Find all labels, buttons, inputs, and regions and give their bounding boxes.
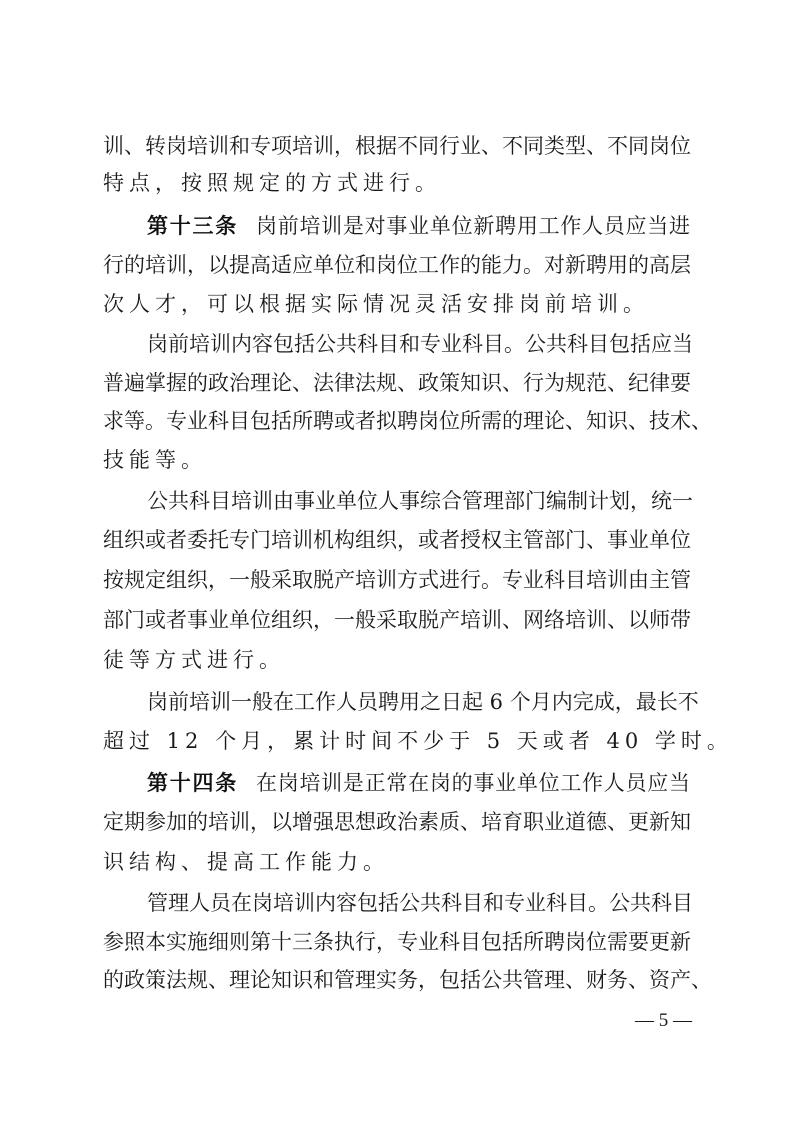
text-line: 训、转岗培训和专项培训，根据不同行业、不同类型、不同岗位 [103,131,690,161]
text-line: 部门或者事业单位组织，一般采取脱产培训、网络培训、以师带 [103,605,690,635]
text-line: 特点，按照规定的方式进行。 [103,168,690,198]
text-line: 管理人员在岗培训内容包括公共科目和专业科目。公共科目 [147,888,690,918]
article-14-first-line: 第十四条在岗培训是正常在岗的事业单位工作人员应当 [147,768,690,798]
article-13-first-line: 第十三条岗前培训是对事业单位新聘用工作人员应当进 [147,211,690,241]
article-heading-13: 第十三条 [147,214,238,238]
article-heading-14: 第十四条 [147,771,238,795]
text-line: 技能等。 [103,445,690,475]
text-line: 岗前培训一般在工作人员聘用之日起 6 个月内完成，最长不 [147,687,690,717]
text-line: 组织或者委托专门培训机构组织，或者授权主管部门、事业单位 [103,525,690,555]
text-line: 按规定组织，一般采取脱产培训方式进行。专业科目培训由主管 [103,565,690,595]
text-line: 徒等方式进行。 [103,645,690,675]
text-span: 在岗培训是正常在岗的事业单位工作人员应当 [256,771,690,795]
text-line: 岗前培训内容包括公共科目和专业科目。公共科目包括应当 [147,329,690,359]
text-line: 的政策法规、理论知识和管理实务，包括公共管理、财务、资产、 [103,965,690,995]
text-line: 普遍掌握的政治理论、法律法规、政策知识、行为规范、纪律要 [103,368,690,398]
text-line: 公共科目培训由事业单位人事综合管理部门编制计划，统一 [147,486,690,516]
text-line: 求等。专业科目包括所聘或者拟聘岗位所需的理论、知识、技术、 [103,406,690,436]
text-line: 识结构、提高工作能力。 [103,847,690,877]
page-number: — 5 — [630,1010,692,1032]
text-line: 参照本实施细则第十三条执行，专业科目包括所聘岗位需要更新 [103,927,690,957]
text-line: 超过 12 个月，累计时间不少于 5 天或者 40 学时。 [103,726,690,756]
text-line: 定期参加的培训，以增强思想政治素质、培育职业道德、更新知 [103,807,690,837]
document-page: 训、转岗培训和专项培训，根据不同行业、不同类型、不同岗位 特点，按照规定的方式进… [0,0,793,1122]
text-line: 次人才，可以根据实际情况灵活安排岗前培训。 [103,289,690,319]
text-span: 岗前培训是对事业单位新聘用工作人员应当进 [256,214,690,238]
text-line: 行的培训，以提高适应单位和岗位工作的能力。对新聘用的高层 [103,250,690,280]
